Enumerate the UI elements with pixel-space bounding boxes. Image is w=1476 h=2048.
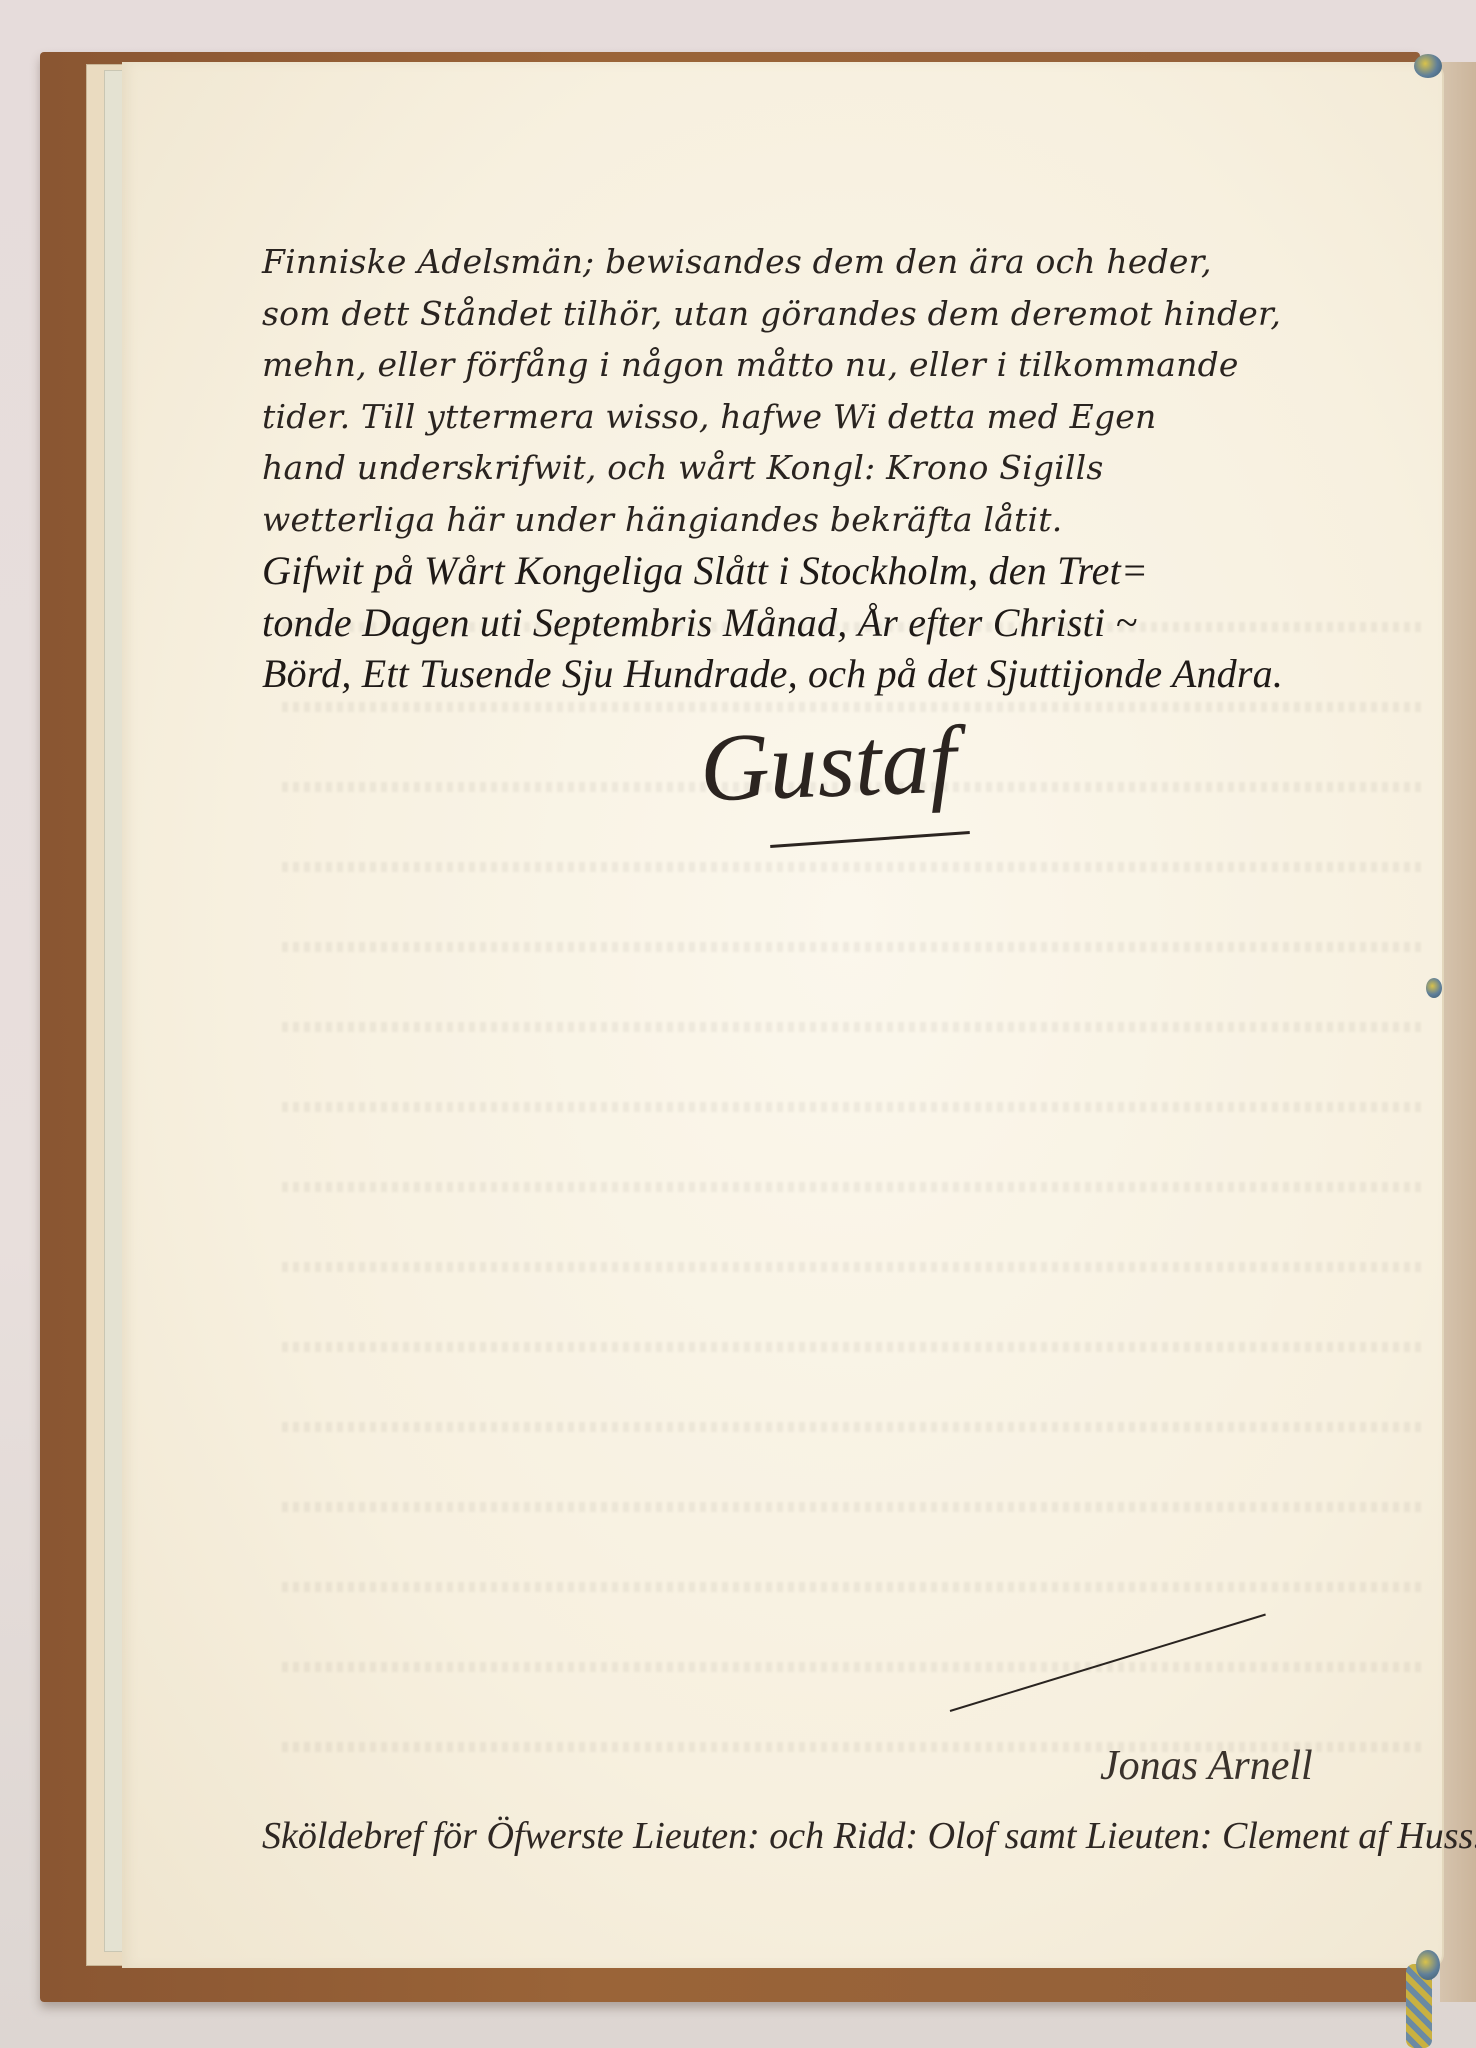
dating-clause-line: Börd, Ett Tusende Sju Hundrade, och på d… — [262, 648, 1322, 700]
royal-signature: Gustaf — [698, 704, 958, 824]
tassel-knot-top — [1414, 54, 1442, 78]
bleed-through-text — [282, 1502, 1422, 1512]
bleed-through-text — [282, 1582, 1422, 1592]
bleed-through-text — [282, 862, 1422, 872]
bleed-through-text — [282, 1102, 1422, 1112]
body-line: hand underskrifwit, och wårt Kongl: Kron… — [262, 442, 1322, 494]
body-line: Finniske Adelsmän; bewisandes dem den är… — [262, 236, 1322, 288]
body-line: tider. Till yttermera wisso, hafwe Wi de… — [262, 391, 1322, 443]
tassel-knot-middle — [1426, 978, 1442, 998]
bleed-through-text — [282, 1262, 1422, 1272]
countersignature: Jonas Arnell — [1100, 1742, 1313, 1790]
tassel-knot-bottom — [1416, 1950, 1440, 1980]
document-body: Finniske Adelsmän; bewisandes dem den är… — [262, 236, 1322, 700]
bleed-through-text — [282, 1342, 1422, 1352]
bleed-through-text — [282, 1662, 1422, 1672]
body-line: mehn, eller förfång i någon måtto nu, el… — [262, 339, 1322, 391]
body-line: som dett Ståndet tilhör, utan görandes d… — [262, 288, 1322, 340]
facing-page-edge — [1440, 62, 1476, 2002]
body-line: wetterliga här under hängiandes bekräfta… — [262, 494, 1322, 546]
dating-clause-line: tonde Dagen uti Septembris Månad, År eft… — [262, 597, 1322, 649]
dating-clause-line: Gifwit på Wårt Kongeliga Slått i Stockho… — [262, 545, 1322, 597]
docket-title: Sköldebref för Öfwerste Lieuten: och Rid… — [262, 1814, 1476, 1858]
bleed-through-text — [282, 942, 1422, 952]
bleed-through-text — [282, 1422, 1422, 1432]
bleed-through-text — [282, 1022, 1422, 1032]
bleed-through-text — [282, 1182, 1422, 1192]
